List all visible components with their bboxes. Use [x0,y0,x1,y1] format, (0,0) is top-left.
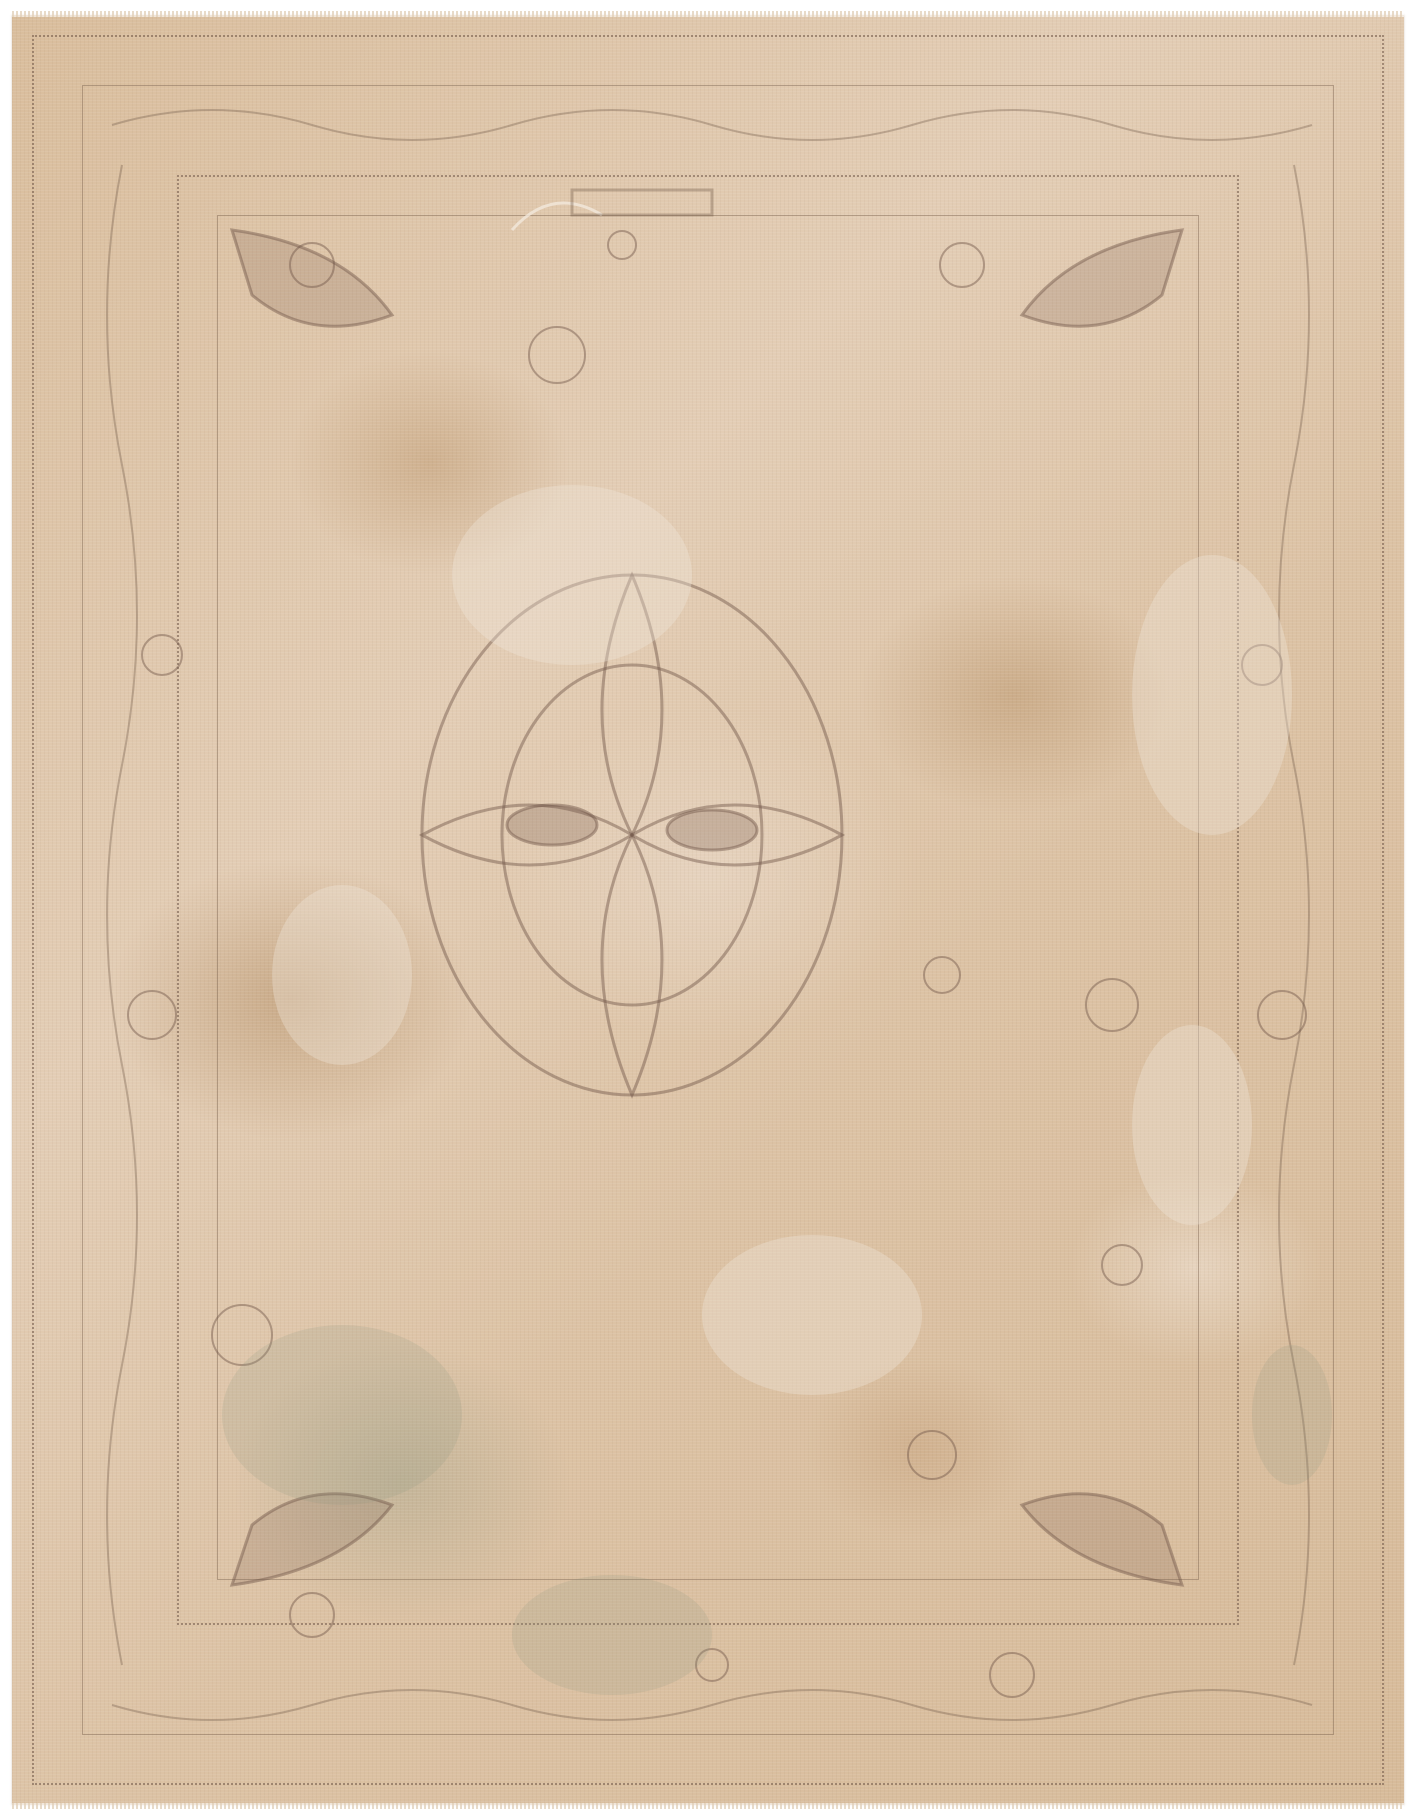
rug-pattern [12,15,1404,1805]
rug [12,15,1404,1805]
corner-spandrel-top-left [232,230,392,326]
central-medallion [422,575,842,1095]
corner-spandrel-top-right [1022,230,1182,326]
corner-spandrel-bottom-left [232,1494,392,1585]
corner-spandrel-bottom-right [1022,1494,1182,1585]
